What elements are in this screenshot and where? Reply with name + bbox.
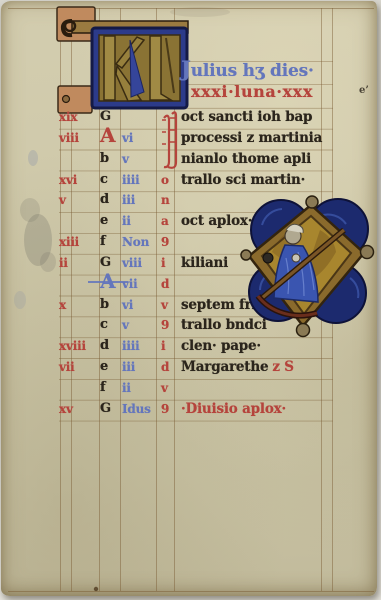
- page-overlay: [0, 0, 381, 600]
- july-medallion: [241, 196, 374, 337]
